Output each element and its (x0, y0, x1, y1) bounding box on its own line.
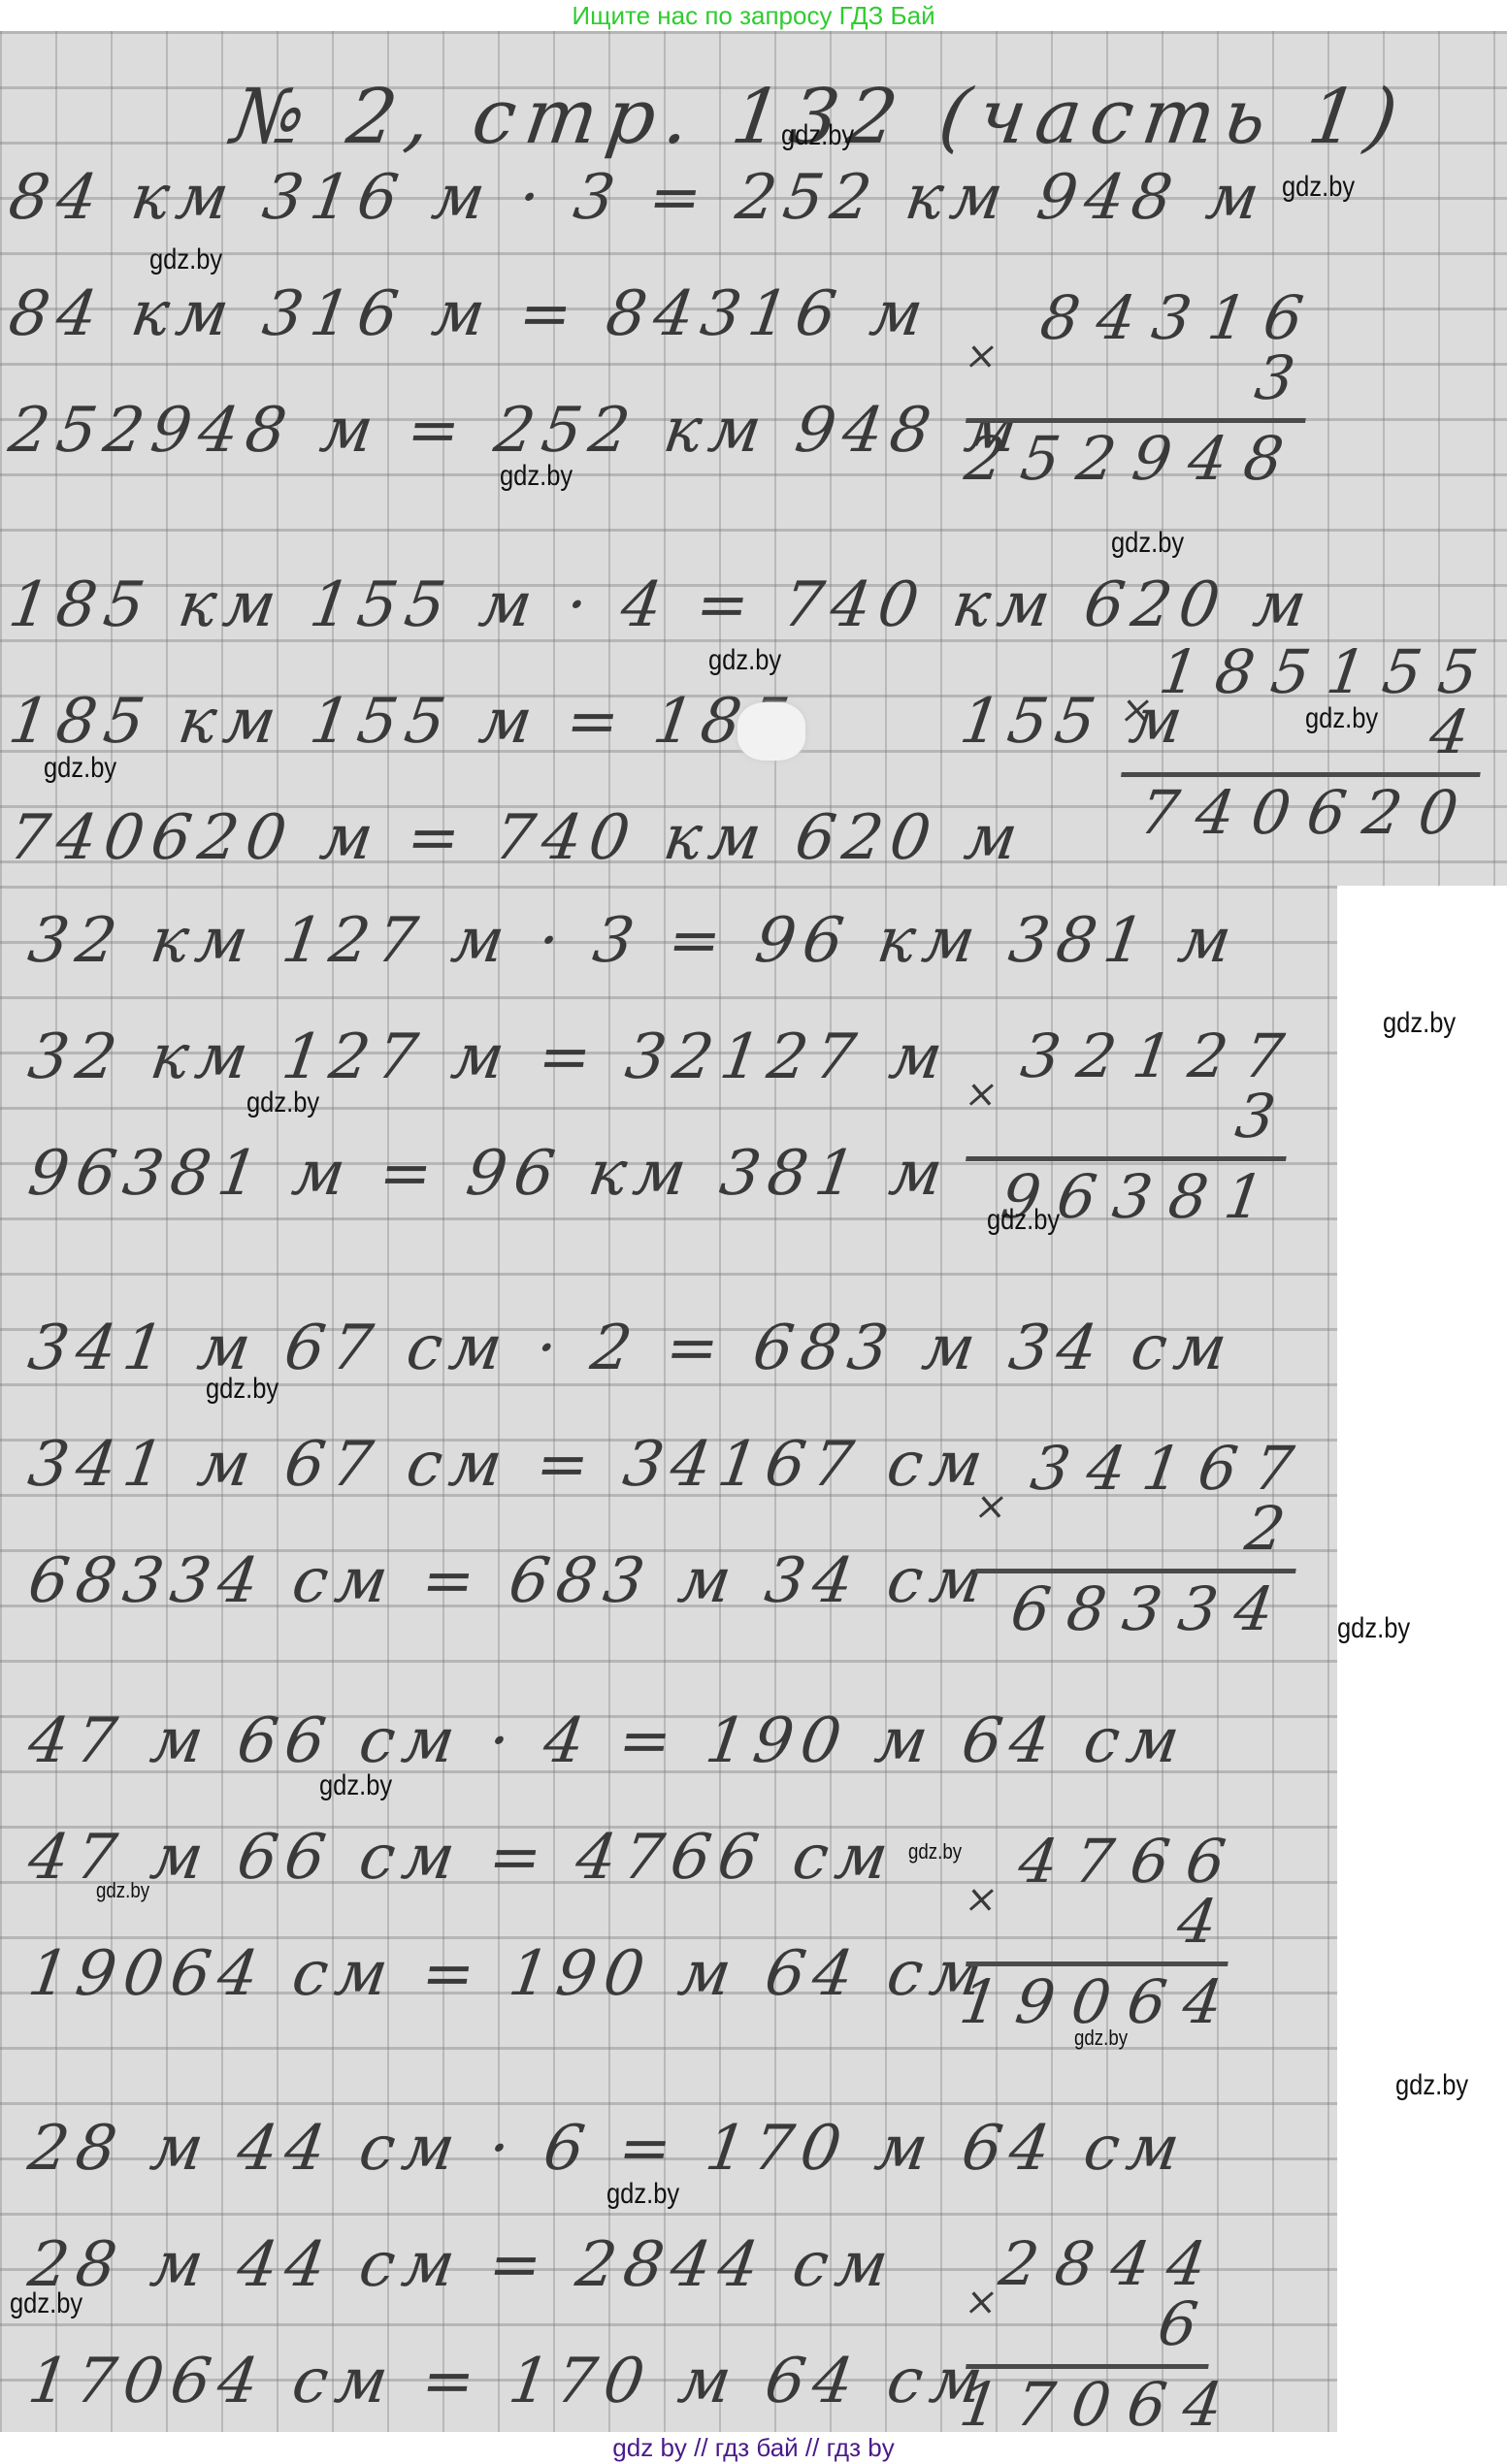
multiplier: 6 (967, 2294, 1219, 2358)
multiplicand: 4766 (976, 1832, 1247, 1892)
multiply-sign: × (963, 337, 1000, 375)
problem-1-equation: 84 км 316 м · 3 = 252 км 948 м (6, 167, 1271, 229)
multiplicand: 185155 (1131, 642, 1499, 702)
watermark: gdz.by (500, 462, 573, 491)
multiply-sign: × (972, 1487, 1010, 1526)
problem-6-step-2: 17064 см = 170 м 64 см (25, 2351, 995, 2413)
problem-5-step-2: 19064 см = 190 м 64 см (25, 1943, 995, 2005)
problem-5-step-1: 47 м 66 см = 4766 см (25, 1827, 900, 1889)
correction-blot (737, 702, 805, 761)
watermark: gdz.by (96, 1880, 149, 1901)
product: 17064 (956, 2375, 1207, 2432)
multiplier: 4 (967, 1892, 1238, 1956)
watermark: gdz.by (206, 1375, 278, 1404)
problem-4-column-multiplication: × 34167 2 68334 (966, 1439, 1314, 1639)
problem-6-column-multiplication: × 2844 6 17064 (956, 2234, 1227, 2432)
multiply-sign: × (963, 1075, 1000, 1114)
watermark: gdz.by (908, 1841, 962, 1863)
problem-4-step-1: 341 м 67 см = 34167 см (25, 1434, 995, 1496)
problem-2-step-1: 185 км 155 м = 185 155 м (6, 691, 1195, 753)
multiplicand: 2844 (976, 2234, 1228, 2294)
multiply-sign: × (963, 1880, 1000, 1919)
problem-1-column-multiplication: × 84316 3 252948 (956, 288, 1324, 489)
watermark: gdz.by (246, 1088, 319, 1118)
multiply-sign: × (963, 2283, 1000, 2321)
watermark: gdz.by (10, 2289, 82, 2318)
watermark: gdz.by (987, 1206, 1060, 1235)
watermark: gdz.by (319, 1771, 392, 1800)
problem-5-column-multiplication: × 4766 4 19064 (956, 1832, 1246, 2032)
problem-3-step-1: 32 км 127 м = 32127 м (25, 1026, 954, 1088)
watermark: gdz.by (606, 2180, 679, 2209)
problem-2-column-multiplication: × 185155 4 740620 (1111, 642, 1498, 843)
watermark: gdz.by (1305, 704, 1378, 733)
multiplier: 3 (967, 1086, 1296, 1151)
watermark: gdz.by (1111, 529, 1184, 558)
watermark: gdz.by (1395, 2071, 1468, 2100)
product: 68334 (966, 1579, 1294, 1639)
watermark: gdz.by (1074, 2027, 1128, 2049)
watermark: gdz.by (781, 121, 854, 150)
problem-2-step-2: 740620 м = 740 км 620 м (6, 807, 1030, 869)
watermark: gdz.by (1282, 173, 1355, 202)
problem-6-equation: 28 м 44 см · 6 = 170 м 64 см (25, 2118, 1192, 2180)
notebook-photo-1: № 2, стр. 132 (часть 1) 84 км 316 м · 3 … (0, 31, 1507, 886)
product: 19064 (956, 1972, 1227, 2032)
footer-links[interactable]: gdz by // гдз бай // гдз by (0, 2432, 1507, 2464)
watermark: gdz.by (44, 754, 116, 783)
watermark: gdz.by (1383, 1009, 1456, 1038)
problem-1-step-1: 84 км 316 м = 84316 м (6, 283, 934, 345)
problem-2-equation: 185 км 155 м · 4 = 740 км 620 м (6, 574, 1318, 636)
product: 252948 (956, 429, 1304, 489)
watermark: gdz.by (708, 646, 781, 675)
problem-4-step-2: 68334 см = 683 м 34 см (25, 1550, 995, 1612)
problem-5-equation: 47 м 66 см · 4 = 190 м 64 см (25, 1710, 1192, 1772)
product: 740620 (1111, 783, 1479, 843)
problem-6-step-1: 28 м 44 см = 2844 см (25, 2234, 900, 2296)
problem-3-column-multiplication: × 32127 3 96381 (956, 1026, 1304, 1227)
multiplicand: 84316 (976, 288, 1325, 348)
problem-4-equation: 341 м 67 см · 2 = 683 м 34 см (25, 1317, 1238, 1379)
multiplier: 2 (977, 1499, 1306, 1563)
search-banner[interactable]: Ищите нас по запросу ГДЗ Бай (0, 0, 1507, 31)
watermark: gdz.by (149, 245, 222, 275)
multiplier: 3 (967, 348, 1316, 412)
problem-3-step-2: 96381 м = 96 км 381 м (25, 1143, 954, 1205)
multiply-sign: × (1118, 691, 1156, 729)
multiplicand: 34167 (986, 1439, 1315, 1499)
multiplicand: 32127 (976, 1026, 1305, 1086)
problem-3-equation: 32 км 127 м · 3 = 96 км 381 м (25, 910, 1243, 972)
watermark: gdz.by (1337, 1614, 1410, 1643)
problem-1-step-2: 252948 м = 252 км 948 м (6, 400, 1030, 462)
